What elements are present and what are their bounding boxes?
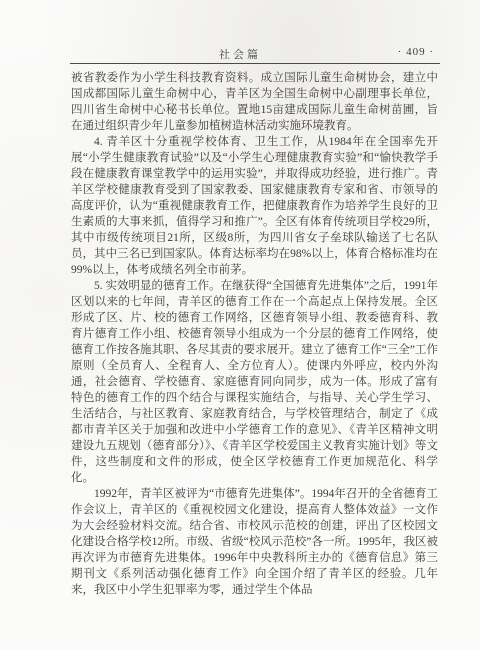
section-title: 社会篇 bbox=[70, 46, 410, 62]
paragraph-continuation: 被省教委作为小学生科技教育资料。成立国际儿童生命树协会，建立中国成都国际儿童生命… bbox=[71, 70, 438, 134]
body-text: 被省教委作为小学生科技教育资料。成立国际儿童生命树协会，建立中国成都国际儿童生命… bbox=[71, 70, 438, 598]
header-rule-divider bbox=[70, 63, 440, 64]
page-number: · 409 · bbox=[398, 46, 434, 58]
paragraph-item-5-moral-education: 5. 实效明显的德育工作。在继获得“全国德育先进集体”之后，1991年区划以来的… bbox=[71, 278, 438, 486]
page-header: 社会篇 · 409 · bbox=[70, 46, 440, 62]
paragraph-item-4-sports-health: 4. 青羊区十分重视学校体育、卫生工作，从1984年在全国率先开展“小学生健康教… bbox=[71, 134, 438, 278]
paragraph-awards-history: 1992年，青羊区被评为“市德育先进集体”。1994年召开的全省德育工作会议上，… bbox=[71, 486, 438, 598]
scanned-book-page: 社会篇 · 409 · 被省教委作为小学生科技教育资料。成立国际儿童生命树协会，… bbox=[0, 0, 480, 651]
